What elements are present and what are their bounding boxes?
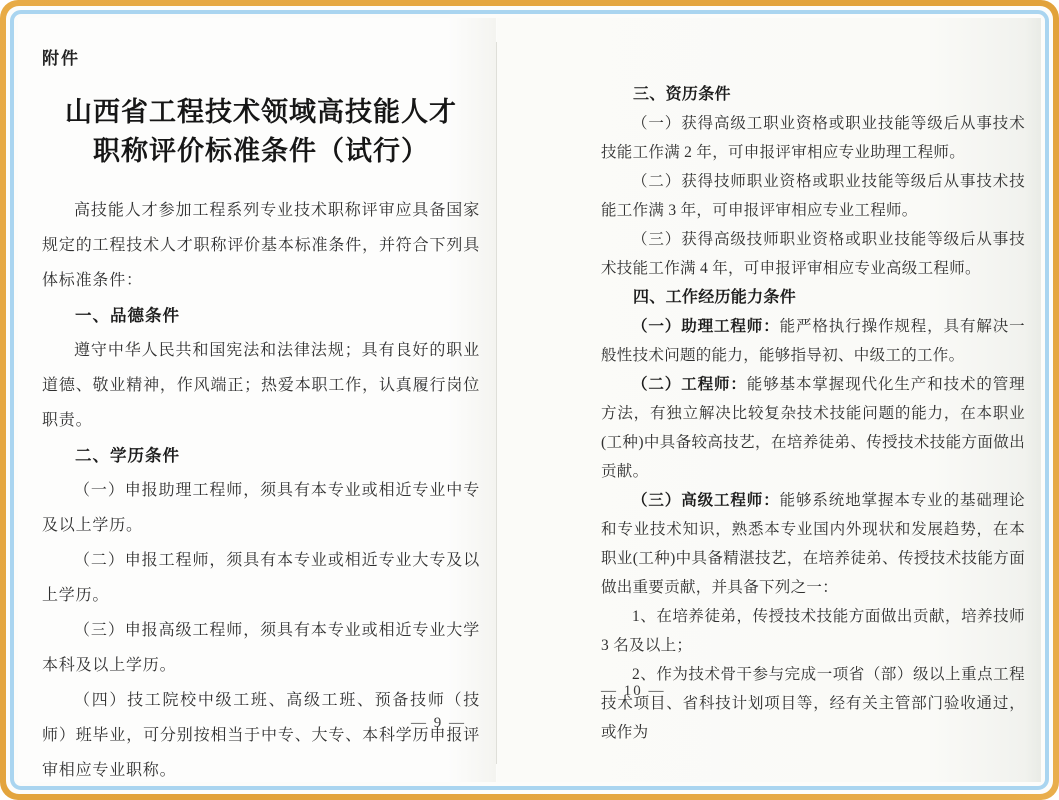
paragraph-assistant-engineer: （一）助理工程师：能严格执行操作规程，具有解决一般性技术问题的能力，能够指导初、… [601, 312, 1025, 370]
frame-blue-border: 附件 山西省工程技术领域高技能人才 职称评价标准条件（试行） 高技能人才参加工程… [10, 10, 1049, 790]
doc-title-line-1: 山西省工程技术领域高技能人才 [42, 93, 480, 132]
paragraph-morality: 遵守中华人民共和国宪法和法律法规；具有良好的职业道德、敬业精神，作风端正；热爱本… [42, 333, 480, 438]
paragraph-seniority-3: （三）获得高级技师职业资格或职业技能等级后从事技术技能工作满 4 年，可申报评审… [601, 225, 1025, 283]
page-number-right: — 10 — [601, 683, 666, 700]
numbered-item-1: 1、在培养徒弟，传授技术技能方面做出贡献，培养技师 3 名及以上； [601, 602, 1025, 660]
paragraph-senior-engineer: （三）高级工程师：能够系统地掌握本专业的基础理论和专业技术知识，熟悉本专业国内外… [601, 486, 1025, 602]
section-heading-education: 二、学历条件 [42, 438, 480, 473]
paragraph-education-2: （二）申报工程师，须具有本专业或相近专业大专及以上学历。 [42, 543, 480, 613]
paragraph-education-4: （四）技工院校中级工班、高级工班、预备技师（技师）班毕业，可分别按相当于中专、大… [42, 683, 480, 782]
paragraph-education-1: （一）申报助理工程师，须具有本专业或相近专业中专及以上学历。 [42, 473, 480, 543]
scan-content: 附件 山西省工程技术领域高技能人才 职称评价标准条件（试行） 高技能人才参加工程… [18, 18, 1041, 782]
page-left: 附件 山西省工程技术领域高技能人才 职称评价标准条件（试行） 高技能人才参加工程… [18, 18, 496, 782]
section-heading-work-ability: 四、工作经历能力条件 [601, 283, 1025, 312]
section-heading-morality: 一、品德条件 [42, 298, 480, 333]
attachment-label: 附件 [42, 44, 480, 69]
engineer-lead: （二）工程师： [632, 376, 747, 393]
doc-title-line-2: 职称评价标准条件（试行） [42, 132, 480, 171]
paragraph-seniority-1: （一）获得高级工职业资格或职业技能等级后从事技术技能工作满 2 年，可申报评审相… [601, 109, 1025, 167]
page-right: 三、资历条件 （一）获得高级工职业资格或职业技能等级后从事技术技能工作满 2 年… [497, 18, 1041, 782]
assistant-engineer-lead: （一）助理工程师： [632, 318, 780, 335]
left-page-body: 高技能人才参加工程系列专业技术职称评审应具备国家规定的工程技术人才职称评价基本标… [42, 193, 480, 782]
paragraph-seniority-2: （二）获得技师职业资格或职业技能等级后从事技术技能工作满 3 年，可申报评审相应… [601, 167, 1025, 225]
document-frame: 附件 山西省工程技术领域高技能人才 职称评价标准条件（试行） 高技能人才参加工程… [0, 0, 1059, 800]
page-number-left: — 9 — [411, 715, 466, 732]
frame-white-gap: 附件 山西省工程技术领域高技能人才 职称评价标准条件（试行） 高技能人才参加工程… [6, 6, 1053, 794]
intro-paragraph: 高技能人才参加工程系列专业技术职称评审应具备国家规定的工程技术人才职称评价基本标… [42, 193, 480, 298]
paragraph-engineer: （二）工程师：能够基本掌握现代化生产和技术的管理方法，有独立解决比较复杂技术技能… [601, 370, 1025, 486]
senior-engineer-lead: （三）高级工程师： [632, 492, 780, 509]
numbered-item-2: 2、作为技术骨干参与完成一项省（部）级以上重点工程技术项目、省科技计划项目等，经… [601, 660, 1025, 747]
paragraph-education-3: （三）申报高级工程师，须具有本专业或相近专业大学本科及以上学历。 [42, 613, 480, 683]
section-heading-seniority: 三、资历条件 [601, 80, 1025, 109]
doc-title: 山西省工程技术领域高技能人才 职称评价标准条件（试行） [42, 93, 480, 171]
